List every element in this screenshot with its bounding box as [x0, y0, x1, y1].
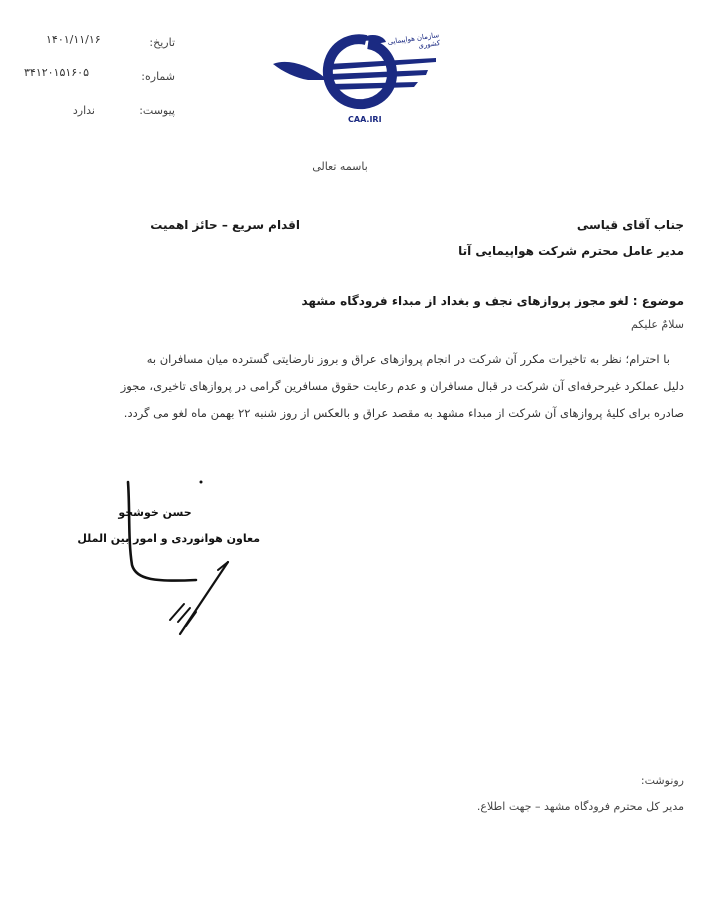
body-line-1: با احترام؛ نظر به تاخیرات مکرر آن شرکت د…	[50, 352, 684, 366]
date-value: ۱۴۰۱/۱۱/۱۶	[46, 33, 126, 46]
greeting: سلامٌ علیکم	[500, 318, 684, 331]
caa-logo: CAA.IRI سازمان هواپیمایی کشوری	[268, 28, 443, 128]
invocation: باسمه تعالی	[300, 160, 380, 173]
cc-recipient: مدیر کل محترم فرودگاه مشهد – جهت اطلاع.	[400, 800, 684, 813]
body-line-3: صادره برای کلیهٔ پروازهای آن شرکت از مبد…	[50, 406, 684, 420]
attachment-value: ندارد	[40, 104, 95, 117]
signatory-title: معاون هوانوردی و امور بین الملل	[60, 532, 260, 545]
handwritten-signature-icon	[86, 470, 266, 640]
recipient-title: مدیر عامل محترم شرکت هواپیمایی آتا	[400, 244, 684, 258]
recipient-name: جناب آقای قیاسی	[400, 218, 684, 232]
signature-scribble	[86, 470, 266, 640]
cc-label: رونوشت:	[560, 774, 684, 787]
priority-note: اقدام سریع – حائز اهمیت	[140, 218, 300, 232]
svg-text:CAA.IRI: CAA.IRI	[348, 115, 382, 124]
attachment-label: پیوست:	[120, 104, 175, 117]
number-value: ۳۴۱۲۰۱۵۱۶۰۵	[24, 66, 124, 79]
date-label: تاریخ:	[120, 36, 175, 49]
subject-line: موضوع : لغو مجوز پروازهای نجف و بغداد از…	[290, 294, 684, 308]
number-label: شماره:	[120, 70, 175, 83]
signatory-name: حسن خوشخو	[100, 506, 210, 519]
body-line-2: دلیل عملکرد غیرحرفه‌ای آن شرکت در قبال م…	[50, 379, 684, 393]
